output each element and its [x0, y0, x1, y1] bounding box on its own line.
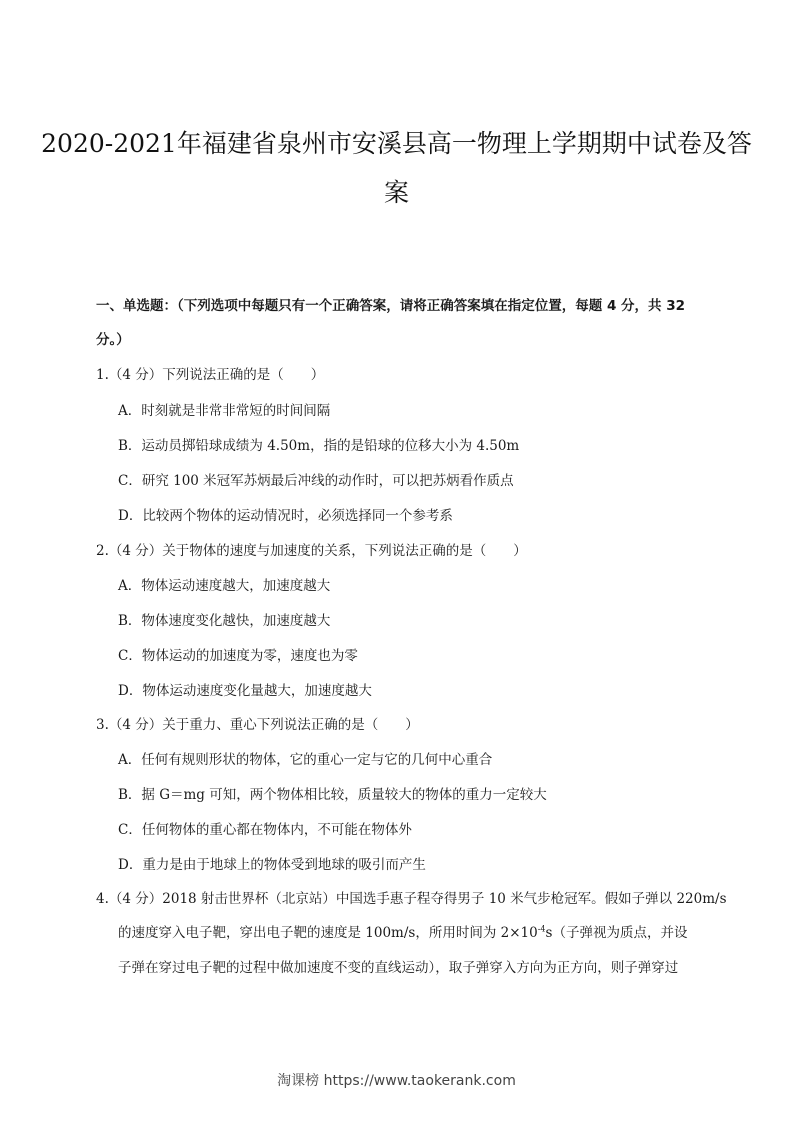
question-1-option-c: C．研究 100 米冠军苏炳最后冲线的动作时，可以把苏炳看作质点 [118, 472, 514, 490]
question-4-line3: 子弹在穿过电子靶的过程中做加速度不变的直线运动），取子弹穿入方向为正方向，则子弹… [118, 959, 678, 977]
document-title-line1: 2020-2021年福建省泉州市安溪县高一物理上学期期中试卷及答 [0, 129, 793, 159]
question-4-line2-after: s（子弹视为质点，并设 [546, 925, 688, 941]
question-1-option-d: D．比较两个物体的运动情况时，必须选择同一个参考系 [118, 507, 453, 525]
section-heading-line1: 一、单选题：（下列选项中每题只有一个正确答案，请将正确答案填在指定位置，每题 4… [96, 297, 685, 315]
question-3-option-c: C．任何物体的重心都在物体内，不可能在物体外 [118, 821, 412, 839]
document-title-line2: 案 [0, 178, 793, 208]
question-4-line2-before: 的速度穿入电子靶，穿出电子靶的速度是 100m/s，所用时间为 2×10 [118, 925, 538, 941]
question-1-option-b: B．运动员掷铅球成绩为 4.50m，指的是铅球的位移大小为 4.50m [118, 437, 519, 455]
question-3-stem: 3.（4 分）关于重力、重心下列说法正确的是（ ） [96, 716, 419, 734]
footer-watermark: 淘课榜 https://www.taokerank.com [0, 1070, 793, 1090]
question-3-option-d: D．重力是由于地球上的物体受到地球的吸引而产生 [118, 856, 426, 874]
section-heading-line2: 分。） [96, 331, 130, 349]
question-2-option-b: B．物体速度变化越快，加速度越大 [118, 612, 330, 630]
question-2-option-c: C．物体运动的加速度为零，速度也为零 [118, 647, 358, 665]
question-4-line2: 的速度穿入电子靶，穿出电子靶的速度是 100m/s，所用时间为 2×10-4s（… [118, 924, 687, 942]
question-3-option-b: B．据 G＝mg 可知，两个物体相比较，质量较大的物体的重力一定较大 [118, 786, 547, 804]
question-4-stem: 4.（4 分）2018 射击世界杯（北京站）中国选手惠子程夺得男子 10 米气步… [96, 890, 727, 908]
question-1-stem: 1.（4 分）下列说法正确的是（ ） [96, 366, 324, 384]
question-3-option-a: A．任何有规则形状的物体，它的重心一定与它的几何中心重合 [118, 751, 492, 769]
question-2-stem: 2.（4 分）关于物体的速度与加速度的关系，下列说法正确的是（ ） [96, 542, 527, 560]
question-1-option-a: A．时刻就是非常非常短的时间间隔 [118, 402, 330, 420]
question-2-option-a: A．物体运动速度越大，加速度越大 [118, 577, 330, 595]
question-2-option-d: D．物体运动速度变化量越大，加速度越大 [118, 682, 372, 700]
question-4-exponent: -4 [538, 925, 546, 934]
